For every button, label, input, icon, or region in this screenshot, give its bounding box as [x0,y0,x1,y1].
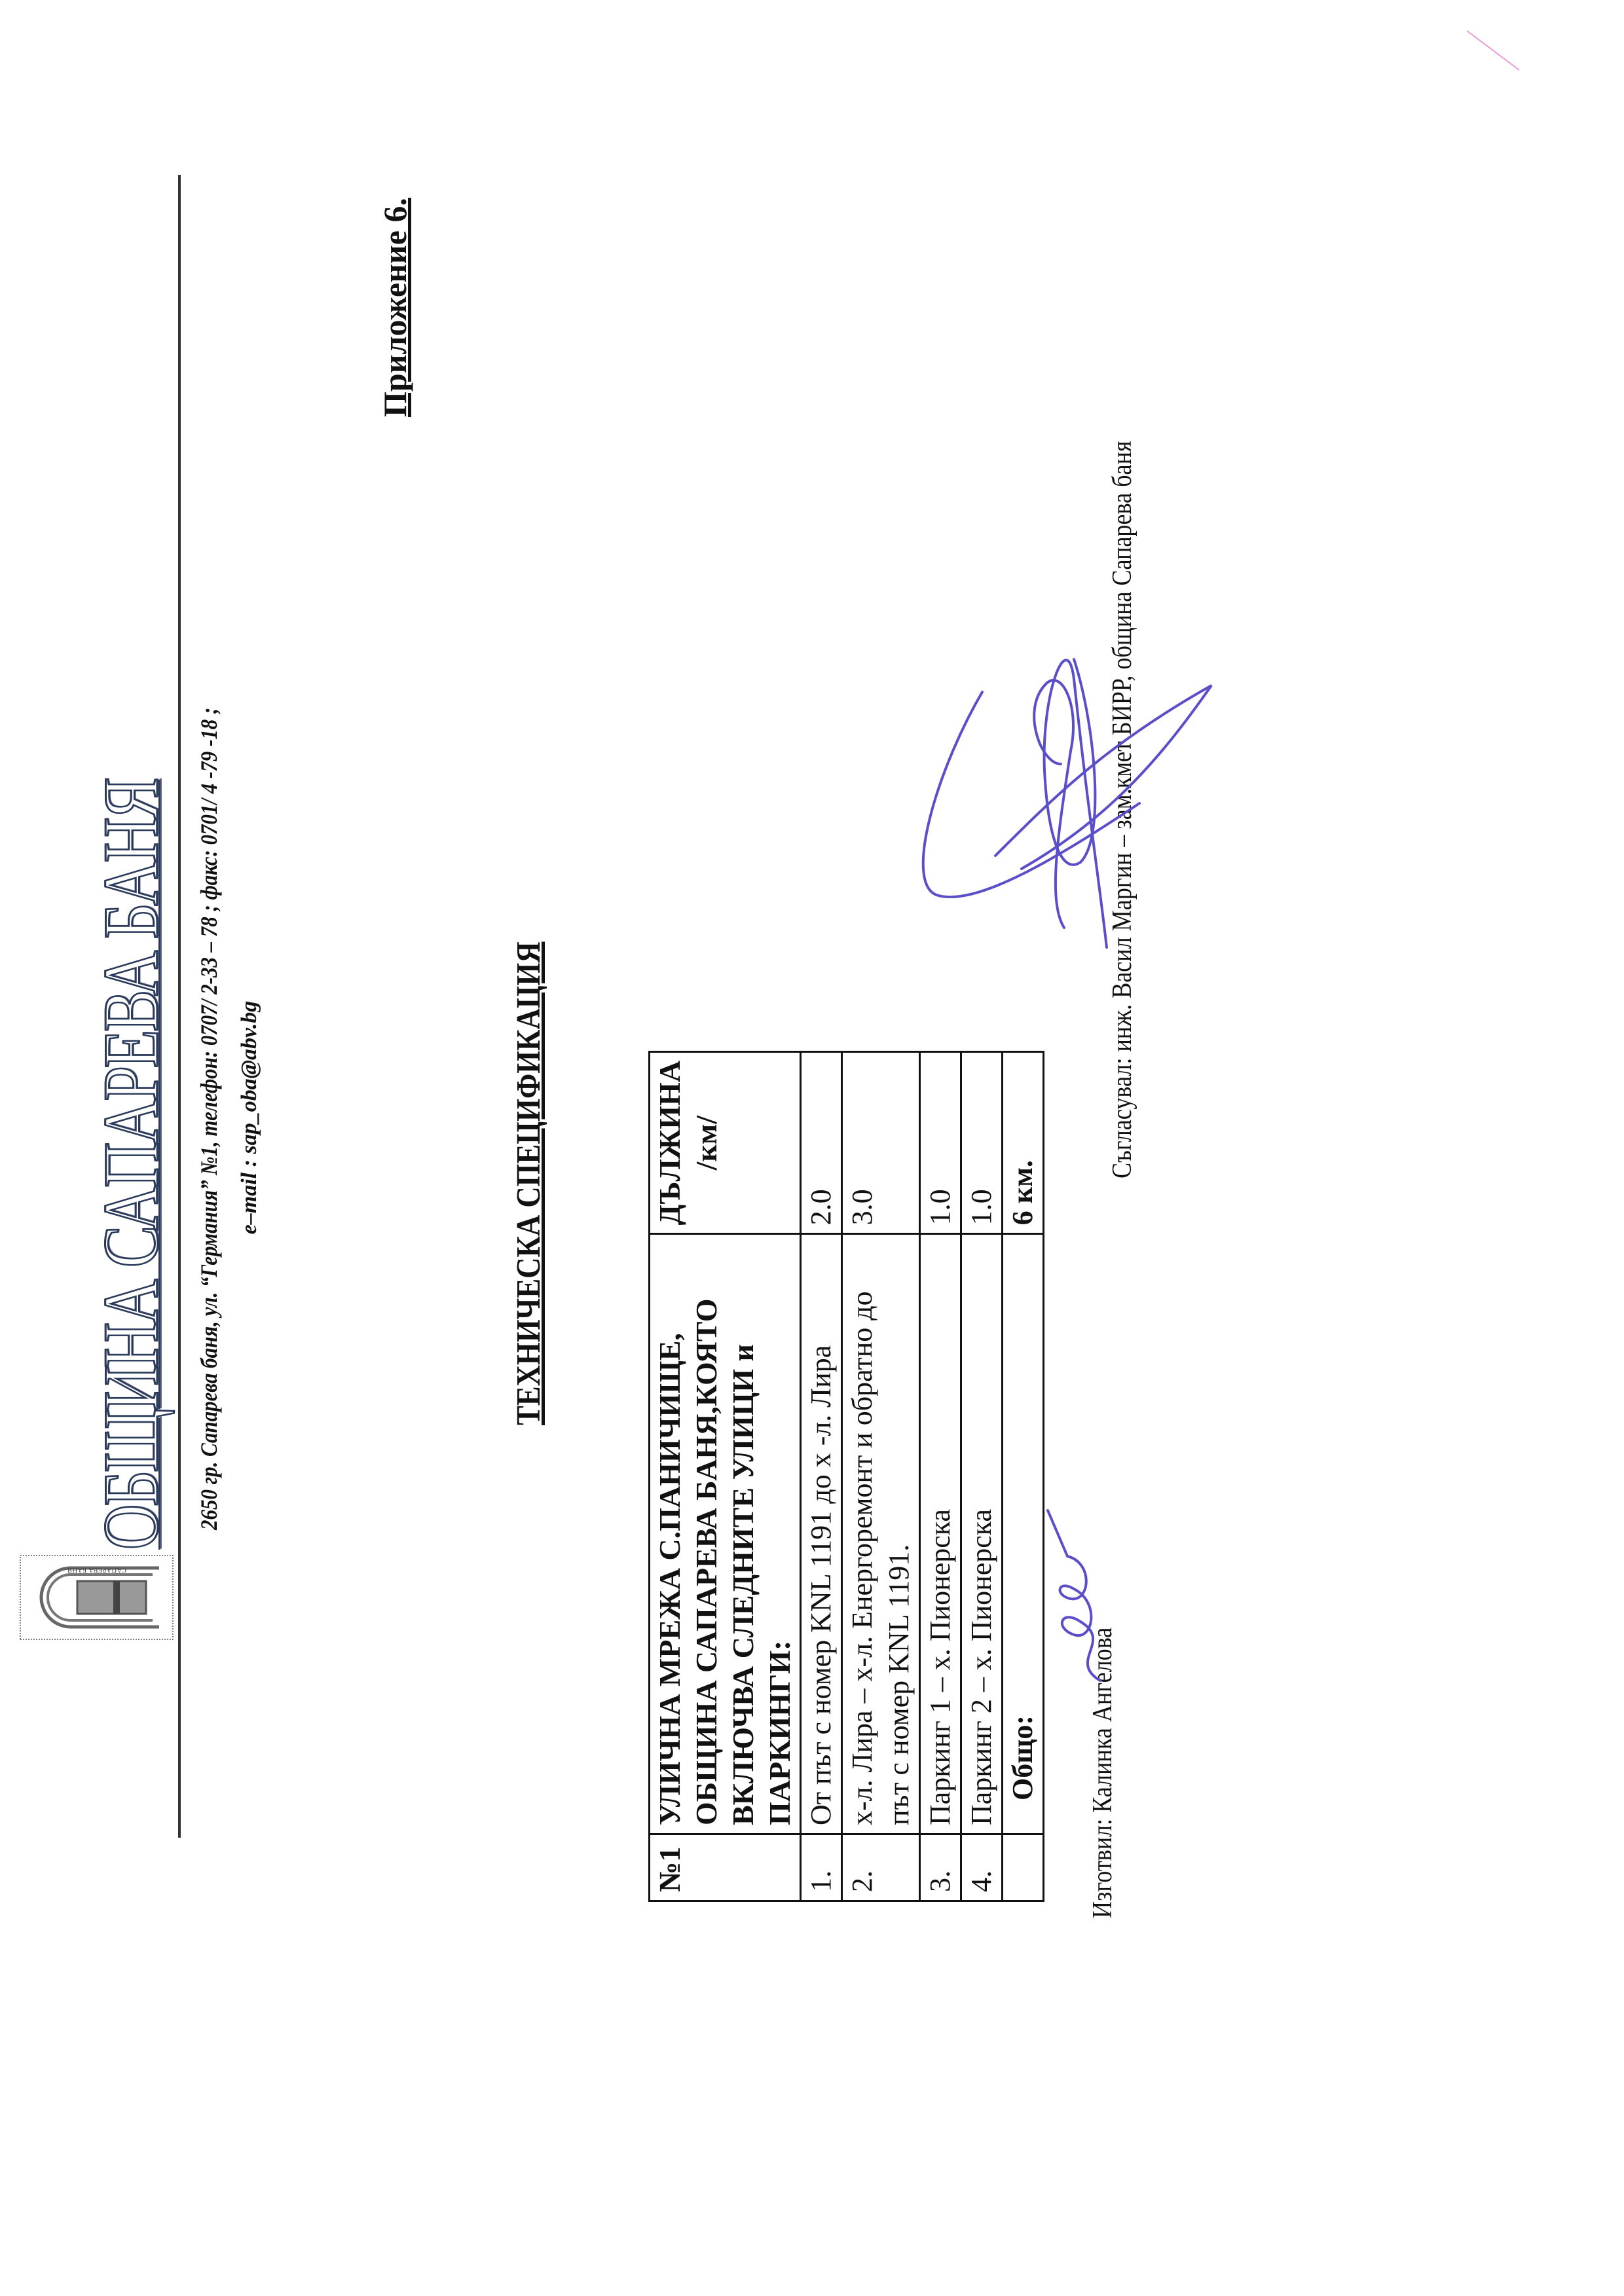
header-length-label: ДЪЛЖИНА [653,1061,686,1225]
table-row: 3. Паркинг 1 – х. Пионерска 1.0 [920,1052,961,1901]
table-header-row: №1 УЛИЧНА МРЕЖА С.ПАНИЧИЩЕ, ОБЩИНА САПАР… [650,1052,801,1901]
header-divider [178,175,181,1838]
document-title: ТЕХНИЧЕСКА СПЕЦИФИКАЦИЯ [509,941,548,1425]
header-number: №1 [650,1834,801,1901]
municipality-title: ОБЩИНА САПАРЕВА БАНЯ [85,785,177,1550]
row-description: х-л. Лира – х-л. Енергоремонт и обратно … [842,1234,920,1834]
municipality-address: 2650 гр. Сапарева баня, ул. “Германия” №… [195,781,223,1530]
document-page: САПАРЕВА БАНЯ ОБЩИНА САПАРЕВА БАНЯ 2650 … [0,0,1624,2296]
signature-prepared-icon [1041,1504,1126,1687]
svg-text:САПАРЕВА БАНЯ: САПАРЕВА БАНЯ [67,1566,126,1574]
row-length: 3.0 [842,1052,920,1234]
table-total-row: Общо: 6 км. [1003,1052,1044,1901]
total-number-cell [1003,1834,1044,1901]
row-description: Паркинг 1 – х. Пионерска [920,1234,961,1834]
total-label: Общо: [1003,1234,1044,1834]
specification-table: №1 УЛИЧНА МРЕЖА С.ПАНИЧИЩЕ, ОБЩИНА САПАР… [648,1051,1044,1902]
row-length: 1.0 [961,1052,1003,1234]
row-number: 4. [961,1834,1003,1901]
header-length: ДЪЛЖИНА /км/ [650,1052,801,1234]
header-length-unit: /км/ [690,1116,723,1170]
row-length: 1.0 [920,1052,961,1234]
row-length: 2.0 [801,1052,842,1234]
row-number: 2. [842,1834,920,1901]
table-row: 4. Паркинг 2 – х. Пионерска 1.0 [961,1052,1003,1901]
row-number: 1. [801,1834,842,1901]
row-description: Паркинг 2 – х. Пионерска [961,1234,1003,1834]
table-row: 2. х-л. Лира – х-л. Енергоремонт и обрат… [842,1052,920,1901]
table-row: 1. От път с номер KNL 1191 до х -л. Лира… [801,1052,842,1901]
signature-approved-icon [891,627,1231,967]
annex-label: Приложение 6. [376,198,414,417]
row-description: От път с номер KNL 1191 до х -л. Лира [801,1234,842,1834]
total-value: 6 км. [1003,1052,1044,1234]
header-description: УЛИЧНА МРЕЖА С.ПАНИЧИЩЕ, ОБЩИНА САПАРЕВА… [650,1234,801,1834]
municipality-email: e–mail : sap_oba@abv.bg [237,921,262,1314]
row-number: 3. [920,1834,961,1901]
pen-mark-icon [1454,0,1532,77]
municipality-crest-icon: САПАРЕВА БАНЯ [20,1555,174,1640]
